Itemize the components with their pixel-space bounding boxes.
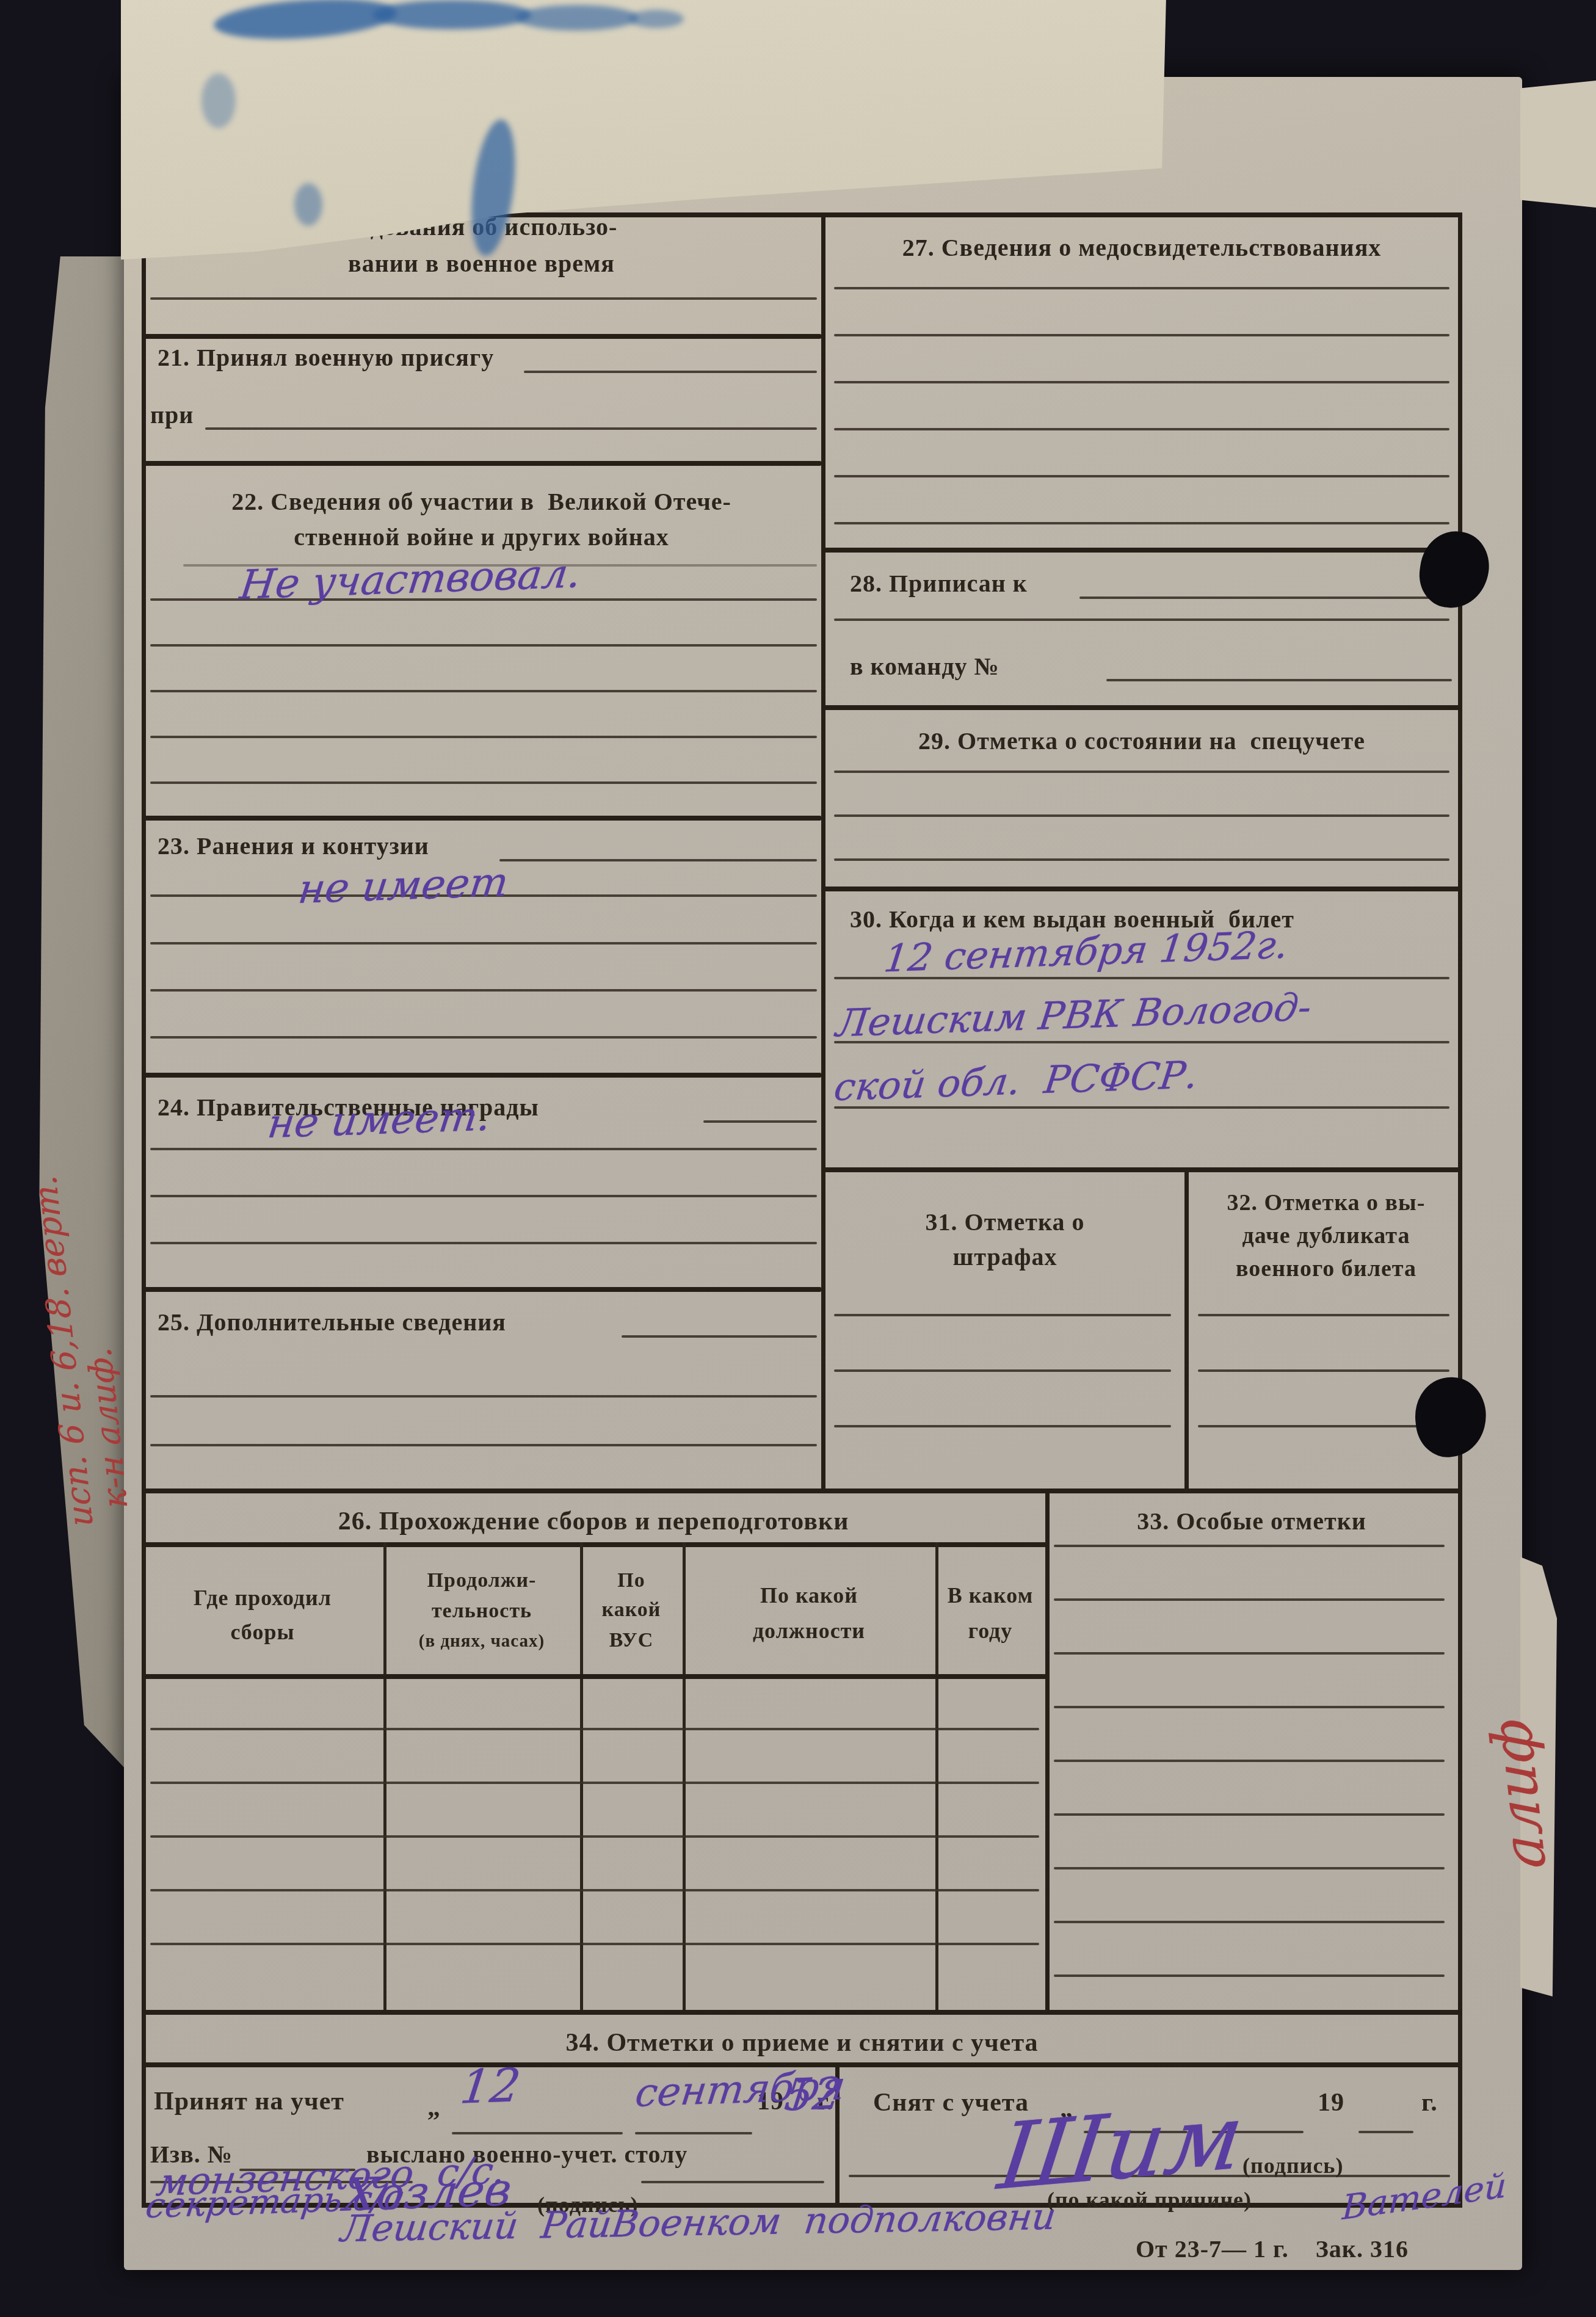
section-rule bbox=[821, 548, 1462, 553]
ink-dot bbox=[201, 73, 236, 128]
col-duration-3: (в днях, часах) bbox=[383, 1631, 580, 1652]
table-header-rule bbox=[142, 1674, 1050, 1679]
fill-line bbox=[499, 859, 817, 861]
ruled-line bbox=[150, 1444, 817, 1446]
ruled-line bbox=[1054, 1974, 1445, 1977]
section-21-title: 21. Принял военную присягу bbox=[158, 343, 494, 372]
table-row-line bbox=[150, 1835, 1039, 1838]
table-33-divider bbox=[1045, 1488, 1050, 2010]
ruled-line bbox=[150, 1242, 817, 1244]
section-32-line2: даче дубликата bbox=[1192, 1222, 1460, 1249]
col-where-2: сборы bbox=[142, 1619, 383, 1645]
ruled-line bbox=[150, 1395, 817, 1398]
fill-line bbox=[1358, 2131, 1413, 2133]
ruled-line bbox=[1198, 1369, 1449, 1372]
accepted-quote: „ bbox=[427, 2093, 441, 2122]
print-imprint: От 23-7— 1 г. Зак. 316 bbox=[1136, 2235, 1409, 2263]
ruled-line bbox=[150, 989, 817, 992]
section-28-team: в команду № bbox=[850, 652, 999, 681]
col-year-2: году bbox=[935, 1618, 1045, 1644]
section-rule bbox=[821, 887, 1462, 891]
section-32-line3: военного билета bbox=[1192, 1255, 1460, 1282]
ruled-line bbox=[1198, 1314, 1449, 1316]
section-27-title: 27. Сведения о медосвидетельствованиях bbox=[825, 233, 1458, 262]
penalty-dup-divider bbox=[1184, 1167, 1189, 1488]
section-32-line1: 32. Отметка о вы- bbox=[1192, 1189, 1460, 1216]
hw-awards: не имеет. bbox=[265, 1093, 493, 1148]
section-rule bbox=[821, 1167, 1462, 1172]
section-rule bbox=[142, 1287, 821, 1292]
ruled-line bbox=[1198, 1425, 1449, 1427]
section-28-title: 28. Приписан к bbox=[850, 569, 1028, 598]
ruled-line bbox=[150, 644, 817, 647]
table-col-line bbox=[935, 1542, 938, 2010]
fill-line bbox=[635, 2132, 752, 2134]
section-22-title1: 22. Сведения об участии в Великой Отече- bbox=[142, 487, 821, 516]
col-position-2: должности bbox=[683, 1618, 935, 1644]
section-33-title: 33. Особые отметки bbox=[1045, 1507, 1458, 1536]
section-rule bbox=[142, 461, 821, 466]
underlying-page-edge bbox=[32, 256, 127, 1771]
table-col-line bbox=[683, 1542, 686, 2010]
table-row-line bbox=[150, 1728, 1039, 1730]
col-duration-1: Продолжи- bbox=[383, 1569, 580, 1592]
ruled-line bbox=[834, 475, 1449, 477]
fill-line bbox=[641, 2181, 824, 2183]
column-divider bbox=[821, 212, 825, 1488]
col-position-1: По какой bbox=[683, 1583, 935, 1608]
section-rule bbox=[142, 1073, 821, 1078]
section-23-title: 23. Ранения и контузии bbox=[158, 832, 429, 860]
col-vus-1: По bbox=[580, 1569, 683, 1592]
ruled-line bbox=[150, 942, 817, 945]
table-row-line bbox=[150, 1943, 1039, 1945]
section-rule bbox=[821, 705, 1462, 710]
table-rule bbox=[142, 1542, 1050, 1547]
ruled-line bbox=[150, 781, 817, 784]
table-row-line bbox=[150, 1782, 1039, 1784]
photo-background: командования об использо- вании в военно… bbox=[0, 0, 1596, 2317]
ruled-line bbox=[150, 690, 817, 692]
ruled-line bbox=[834, 618, 1449, 621]
hw-accepted-year: 52 bbox=[782, 2067, 844, 2120]
ruled-line bbox=[834, 858, 1449, 861]
fill-line bbox=[622, 1335, 817, 1338]
ruled-line bbox=[150, 297, 817, 300]
section-25-title: 25. Дополнительные сведения bbox=[158, 1308, 506, 1336]
ink-smudge bbox=[629, 10, 684, 28]
ruled-line bbox=[834, 1106, 1449, 1109]
fill-line bbox=[703, 1120, 817, 1123]
ruled-line bbox=[1054, 1652, 1445, 1655]
section-21-pri: при bbox=[150, 401, 194, 429]
accepted-label: Принят на учет bbox=[154, 2087, 344, 2116]
section-31-line1: 31. Отметка о bbox=[825, 1208, 1184, 1236]
ruled-line bbox=[1054, 1706, 1445, 1708]
fill-line bbox=[1079, 596, 1451, 599]
ruled-line bbox=[1054, 1921, 1445, 1923]
col-year-1: В каком bbox=[935, 1583, 1045, 1608]
ruled-line bbox=[834, 1425, 1171, 1427]
ruled-line bbox=[834, 522, 1449, 524]
section-rule bbox=[142, 1488, 1462, 1493]
ruled-line bbox=[1054, 1545, 1445, 1547]
ruled-line bbox=[834, 381, 1449, 383]
ruled-line bbox=[150, 1036, 817, 1039]
signature-label-right: (подпись) bbox=[1242, 2153, 1343, 2178]
section-rule bbox=[142, 816, 821, 821]
section-34-title: 34. Отметки о приеме и снятии с учета bbox=[142, 2028, 1462, 2058]
section-rule bbox=[142, 2010, 1462, 2015]
ruled-line bbox=[834, 771, 1449, 773]
ink-dot bbox=[294, 183, 322, 226]
ruled-line bbox=[834, 1369, 1171, 1372]
col-duration-2: тельность bbox=[383, 1600, 580, 1623]
col-vus-3: ВУС bbox=[580, 1629, 683, 1652]
ink-smudge bbox=[372, 0, 531, 29]
fill-line bbox=[524, 371, 817, 373]
section-rule bbox=[142, 334, 821, 339]
table-row-line bbox=[150, 1889, 1039, 1891]
ruled-line bbox=[1054, 1760, 1445, 1762]
ruled-line bbox=[150, 736, 817, 738]
ruled-line bbox=[834, 1314, 1171, 1316]
ink-smudge bbox=[516, 5, 638, 31]
fill-line bbox=[452, 2132, 623, 2134]
col-where-1: Где проходил bbox=[142, 1585, 383, 1611]
removed-year-suffix: г. bbox=[1421, 2088, 1438, 2117]
fill-line bbox=[205, 427, 817, 430]
ruled-line bbox=[834, 428, 1449, 430]
section-22-title2: ственной войне и других войнах bbox=[142, 523, 821, 551]
ruled-line bbox=[834, 287, 1449, 289]
hw-commissar-signature: Шим bbox=[993, 2084, 1249, 2211]
removed-year-prefix: 19 bbox=[1318, 2088, 1344, 2117]
ruled-line bbox=[834, 814, 1449, 817]
paper-corner-top-right bbox=[1520, 81, 1596, 208]
ruled-line bbox=[1054, 1813, 1445, 1816]
section-31-line2: штрафах bbox=[825, 1242, 1184, 1271]
ruled-line bbox=[1054, 1867, 1445, 1869]
hw-wounds: не имеет bbox=[296, 858, 511, 913]
section-26-title: 26. Прохождение сборов и переподготовки bbox=[142, 1507, 1045, 1536]
ruled-line bbox=[1054, 1598, 1445, 1601]
ruled-line bbox=[150, 1148, 817, 1150]
ruled-line bbox=[834, 334, 1449, 336]
ruled-line bbox=[150, 1195, 817, 1197]
hw-accepted-day: 12 bbox=[457, 2058, 523, 2114]
section-29-title: 29. Отметка о состоянии на спецучете bbox=[825, 727, 1458, 755]
fill-line bbox=[1106, 679, 1452, 681]
col-vus-2: какой bbox=[580, 1598, 683, 1622]
